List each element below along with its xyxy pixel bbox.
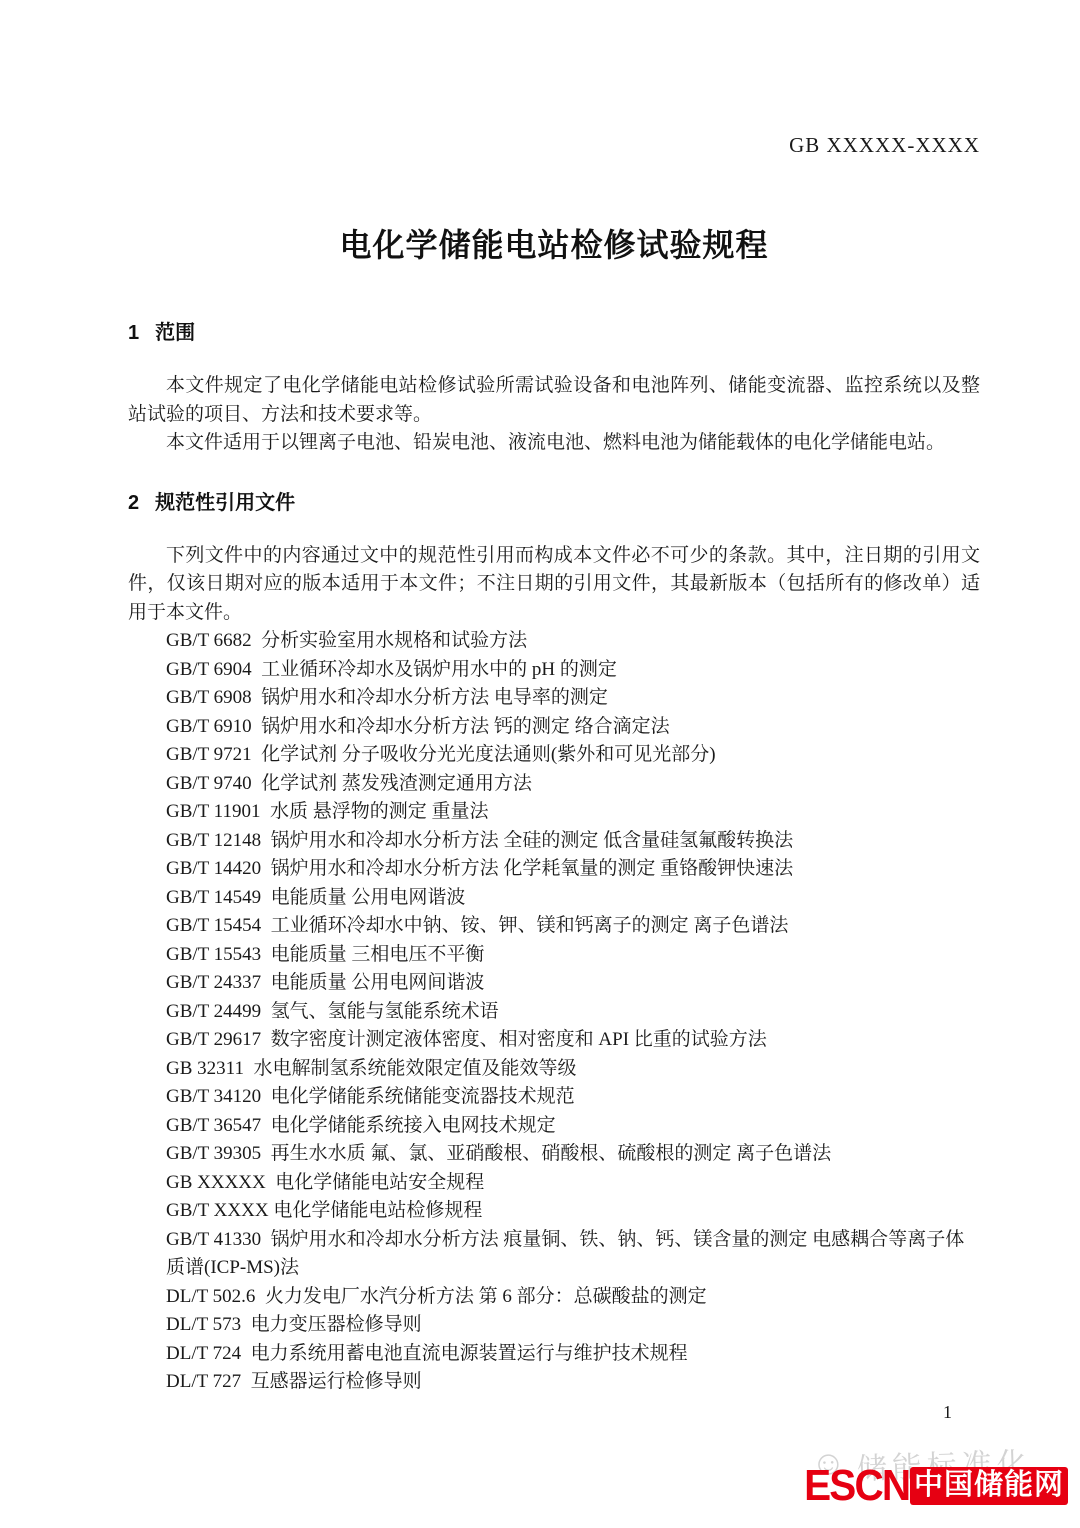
reference-item: GB/T 6908 锅炉用水和冷却水分析方法 电导率的测定 <box>166 684 980 713</box>
escn-logo: ESCN 中国储能网 <box>795 1464 1068 1508</box>
doc-code: GB XXXXX-XXXX <box>128 133 980 158</box>
section-title: 范围 <box>155 322 195 344</box>
section-title: 规范性引用文件 <box>155 492 295 514</box>
page-number: 1 <box>128 1398 980 1427</box>
reference-item: GB/T 24499 氢气、氢能与氢能系统术语 <box>166 998 980 1027</box>
reference-item: GB/T 11901 水质 悬浮物的测定 重量法 <box>166 798 980 827</box>
reference-item: GB 32311 水电解制氢系统能效限定值及能效等级 <box>166 1055 980 1084</box>
reference-item: GB/T XXXX 电化学储能电站检修规程 <box>166 1197 980 1226</box>
reference-item: GB/T 6904 工业循环冷却水及锅炉用水中的 pH 的测定 <box>166 656 980 685</box>
reference-item: GB/T 15543 电能质量 三相电压不平衡 <box>166 941 980 970</box>
reference-item: GB/T 36547 电化学储能系统接入电网技术规定 <box>166 1112 980 1141</box>
reference-item: GB/T 9740 化学试剂 蒸发残渣测定通用方法 <box>166 770 980 799</box>
section-number: 1 <box>128 320 139 346</box>
reference-item: GB/T 14549 电能质量 公用电网谐波 <box>166 884 980 913</box>
reference-list: GB/T 6682 分析实验室用水规格和试验方法 GB/T 6904 工业循环冷… <box>128 627 980 1397</box>
reference-item: GB/T 39305 再生水水质 氟、氯、亚硝酸根、硝酸根、硫酸根的测定 离子色… <box>166 1140 980 1169</box>
reference-item: GB/T 9721 化学试剂 分子吸收分光光度法通则(紫外和可见光部分) <box>166 741 980 770</box>
reference-item: GB/T 15454 工业循环冷却水中钠、铵、钾、镁和钙离子的测定 离子色谱法 <box>166 912 980 941</box>
doc-title: 电化学储能电站检修试验规程 <box>128 220 980 266</box>
reference-item: GB/T 29617 数字密度计测定液体密度、相对密度和 API 比重的试验方法 <box>166 1026 980 1055</box>
escn-logo-cn-text: 中国储能网 <box>910 1467 1068 1505</box>
reference-item: GB XXXXX 电化学储能电站安全规程 <box>166 1169 980 1198</box>
reference-item: DL/T 502.6 火力发电厂水汽分析方法 第 6 部分：总碳酸盐的测定 <box>166 1283 980 1312</box>
document-page: GB XXXXX-XXXX 电化学储能电站检修试验规程 1范围 本文件规定了电化… <box>0 0 1080 1528</box>
section-number: 2 <box>128 490 139 516</box>
section-scope: 1范围 本文件规定了电化学储能电站检修试验所需试验设备和电池阵列、储能变流器、监… <box>128 320 980 458</box>
reference-item: GB/T 14420 锅炉用水和冷却水分析方法 化学耗氧量的测定 重铬酸钾快速法 <box>166 855 980 884</box>
reference-item: GB/T 6910 锅炉用水和冷却水分析方法 钙的测定 络合滴定法 <box>166 713 980 742</box>
reference-item: DL/T 727 互感器运行检修导则 <box>166 1368 980 1397</box>
reference-item: DL/T 724 电力系统用蓄电池直流电源装置运行与维护技术规程 <box>166 1340 980 1369</box>
paragraph: 下列文件中的内容通过文中的规范性引用而构成本文件必不可少的条款。其中，注日期的引… <box>128 542 980 628</box>
paragraph: 本文件规定了电化学储能电站检修试验所需试验设备和电池阵列、储能变流器、监控系统以… <box>128 372 980 429</box>
reference-item: GB/T 12148 锅炉用水和冷却水分析方法 全硅的测定 低含量硅氢氟酸转换法 <box>166 827 980 856</box>
paragraph: 本文件适用于以锂离子电池、铅炭电池、液流电池、燃料电池为储能载体的电化学储能电站… <box>128 429 980 458</box>
section-normative-references: 2规范性引用文件 下列文件中的内容通过文中的规范性引用而构成本文件必不可少的条款… <box>128 490 980 1397</box>
reference-item: GB/T 24337 电能质量 公用电网间谐波 <box>166 969 980 998</box>
reference-item: GB/T 41330 锅炉用水和冷却水分析方法 痕量铜、铁、钠、钙、镁含量的测定… <box>166 1226 980 1283</box>
section-scope-heading: 1范围 <box>128 320 980 346</box>
reference-item: GB/T 6682 分析实验室用水规格和试验方法 <box>166 627 980 656</box>
section-references-heading: 2规范性引用文件 <box>128 490 980 516</box>
reference-item: GB/T 34120 电化学储能系统储能变流器技术规范 <box>166 1083 980 1112</box>
reference-item: DL/T 573 电力变压器检修导则 <box>166 1311 980 1340</box>
escn-logo-text: ESCN <box>804 1464 909 1508</box>
